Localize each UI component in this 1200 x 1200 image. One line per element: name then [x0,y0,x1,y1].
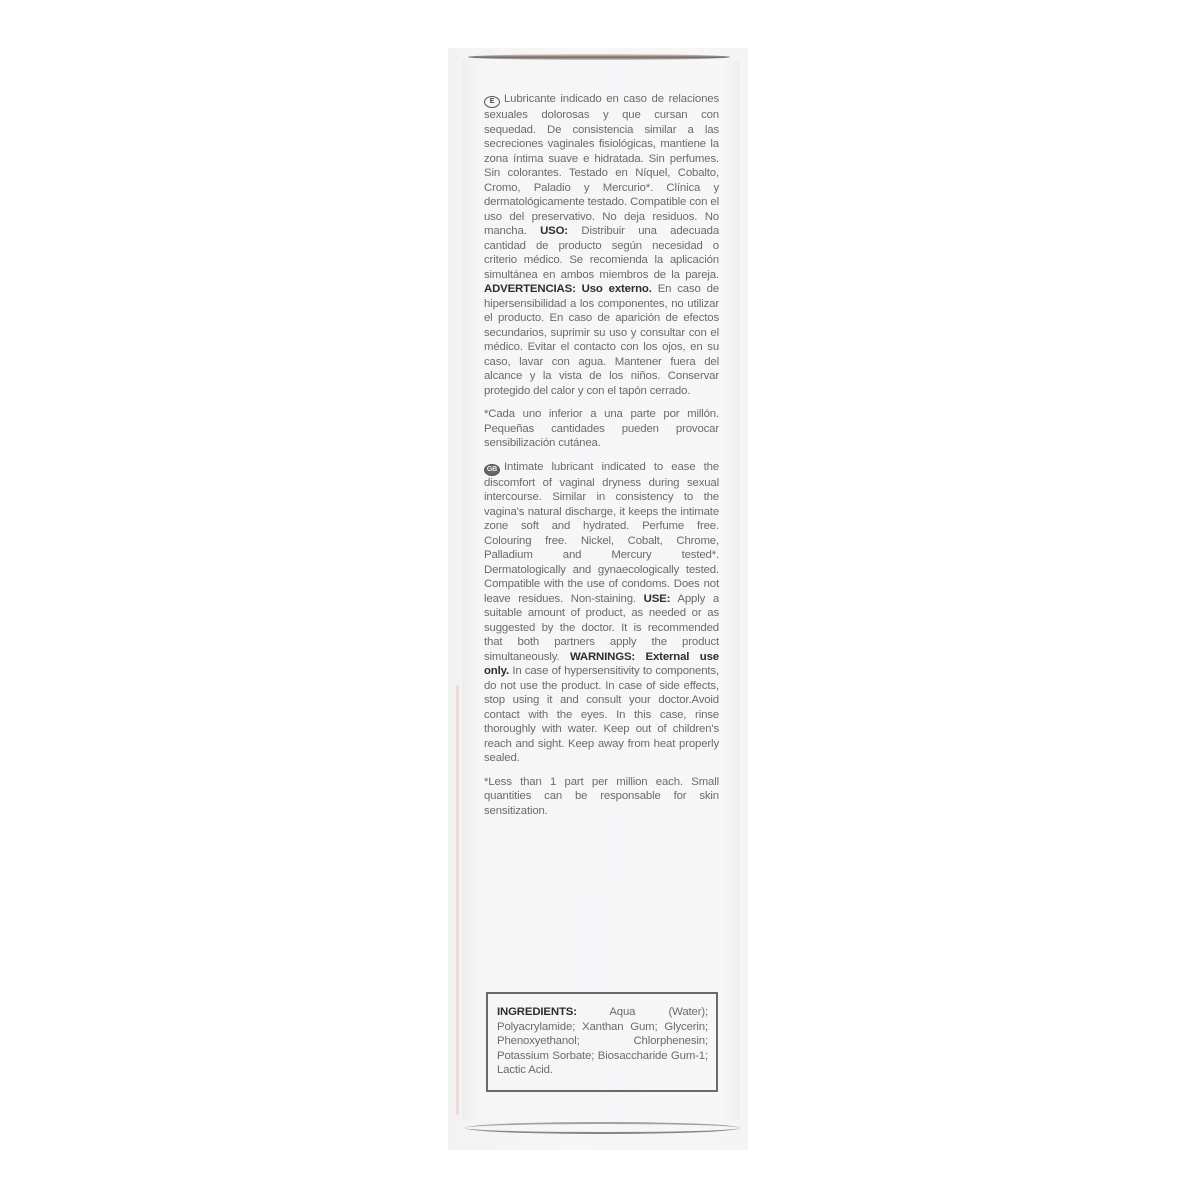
spanish-advertencias-text: En caso de hipersensibilidad a los compo… [484,283,719,397]
spanish-intro: Lubricante indicado en caso de relacione… [484,93,719,237]
english-use-heading: USE: [644,593,671,605]
label-text-block: ELubricante indicado en caso de relacion… [484,92,719,827]
uk-flag-icon: GB [484,464,500,476]
box-bottom-edge [465,1122,740,1134]
spanish-description: ELubricante indicado en caso de relacion… [484,92,719,398]
spain-flag-icon: E [484,96,500,108]
ingredients-heading: INGREDIENTS: [497,1006,577,1018]
spanish-footnote: *Cada uno inferior a una parte por milló… [484,407,719,451]
box-side-edge-tint [456,685,459,1115]
ingredients-box: INGREDIENTS: Aqua (Water); Polyacrylamid… [486,992,718,1092]
english-warnings-text: In case of hypersensitivity to component… [484,665,719,764]
spanish-uso-heading: USO: [540,225,568,237]
english-description: GBIntimate lubricant indicated to ease t… [484,460,719,766]
spanish-advertencias-heading: ADVERTENCIAS: Uso externo. [484,283,652,295]
english-intro: Intimate lubricant indicated to ease the… [484,461,719,605]
english-footnote: *Less than 1 part per million each. Smal… [484,775,719,819]
